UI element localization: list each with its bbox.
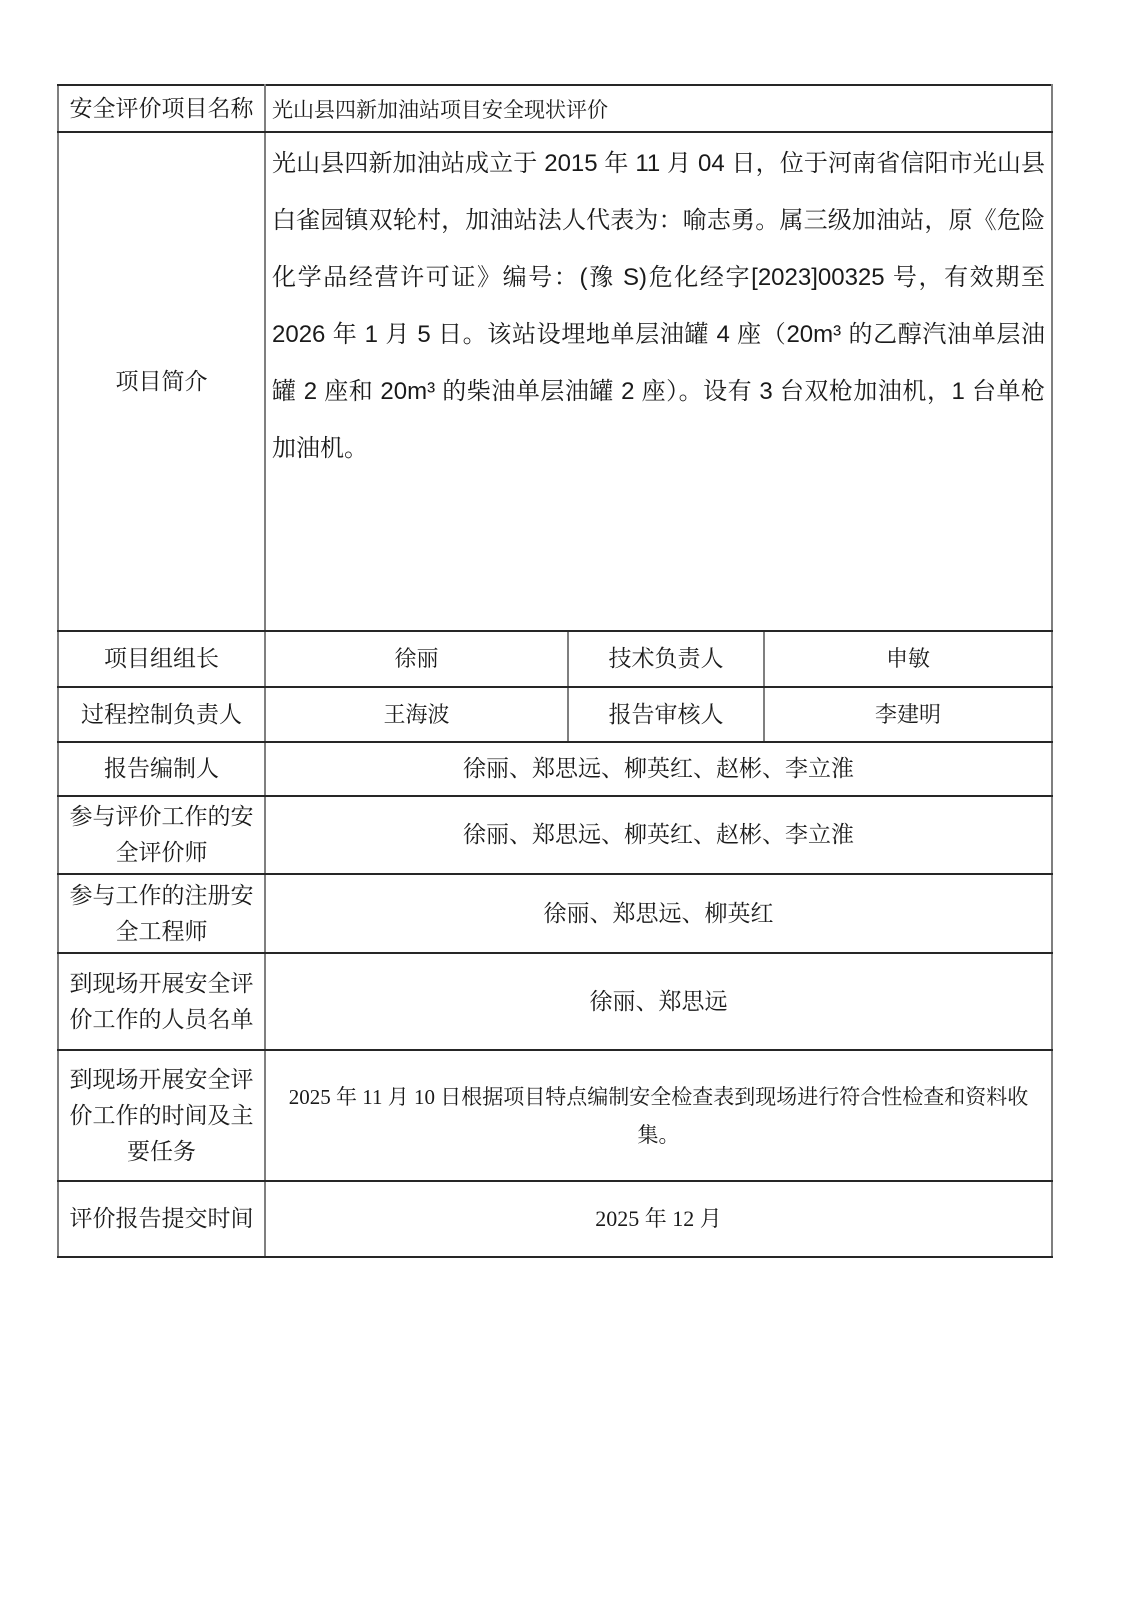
row-site-time-tasks: 到现场开展安全评 价工作的时间及主 要任务 2025 年 11 月 10 日根据… [58, 1050, 1052, 1181]
tech-lead-value: 申敏 [764, 631, 1052, 687]
row-report-submit-time: 评价报告提交时间 2025 年 12 月 [58, 1181, 1052, 1257]
project-name-label: 安全评价项目名称 [58, 85, 265, 132]
row-site-personnel: 到现场开展安全评 价工作的人员名单 徐丽、郑思远 [58, 953, 1052, 1050]
document-page: 安全评价项目名称 光山县四新加油站项目安全现状评价 项目简介 光山县四新加油站成… [0, 0, 1131, 1600]
tech-lead-label: 技术负责人 [568, 631, 764, 687]
project-intro-label: 项目简介 [58, 132, 265, 631]
site-time-tasks-label: 到现场开展安全评 价工作的时间及主 要任务 [58, 1050, 265, 1181]
site-time-tasks-value: 2025 年 11 月 10 日根据项目特点编制安全检查表到现场进行符合性检查和… [265, 1050, 1052, 1181]
row-process-control: 过程控制负责人 王海波 报告审核人 李建明 [58, 687, 1052, 742]
report-review-label: 报告审核人 [568, 687, 764, 742]
report-compilers-label: 报告编制人 [58, 742, 265, 796]
process-control-label: 过程控制负责人 [58, 687, 265, 742]
report-submit-time-value: 2025 年 12 月 [265, 1181, 1052, 1257]
registered-engineers-label: 参与工作的注册安 全工程师 [58, 874, 265, 953]
site-personnel-value: 徐丽、郑思远 [265, 953, 1052, 1050]
project-name-value: 光山县四新加油站项目安全现状评价 [265, 85, 1052, 132]
report-submit-time-label: 评价报告提交时间 [58, 1181, 265, 1257]
row-safety-evaluators: 参与评价工作的安 全评价师 徐丽、郑思远、柳英红、赵彬、李立淮 [58, 796, 1052, 874]
report-review-value: 李建明 [764, 687, 1052, 742]
team-lead-label: 项目组组长 [58, 631, 265, 687]
safety-evaluation-form-table: 安全评价项目名称 光山县四新加油站项目安全现状评价 项目简介 光山县四新加油站成… [57, 84, 1053, 1258]
safety-evaluators-value: 徐丽、郑思远、柳英红、赵彬、李立淮 [265, 796, 1052, 874]
process-control-value: 王海波 [265, 687, 568, 742]
project-intro-text: 光山县四新加油站成立于 2015 年 11 月 04 日，位于河南省信阳市光山县… [265, 132, 1052, 631]
row-project-name: 安全评价项目名称 光山县四新加油站项目安全现状评价 [58, 85, 1052, 132]
row-project-intro: 项目简介 光山县四新加油站成立于 2015 年 11 月 04 日，位于河南省信… [58, 132, 1052, 631]
row-report-compilers: 报告编制人 徐丽、郑思远、柳英红、赵彬、李立淮 [58, 742, 1052, 796]
row-registered-engineers: 参与工作的注册安 全工程师 徐丽、郑思远、柳英红 [58, 874, 1052, 953]
safety-evaluators-label: 参与评价工作的安 全评价师 [58, 796, 265, 874]
row-team-lead: 项目组组长 徐丽 技术负责人 申敏 [58, 631, 1052, 687]
site-personnel-label: 到现场开展安全评 价工作的人员名单 [58, 953, 265, 1050]
registered-engineers-value: 徐丽、郑思远、柳英红 [265, 874, 1052, 953]
team-lead-value: 徐丽 [265, 631, 568, 687]
report-compilers-value: 徐丽、郑思远、柳英红、赵彬、李立淮 [265, 742, 1052, 796]
